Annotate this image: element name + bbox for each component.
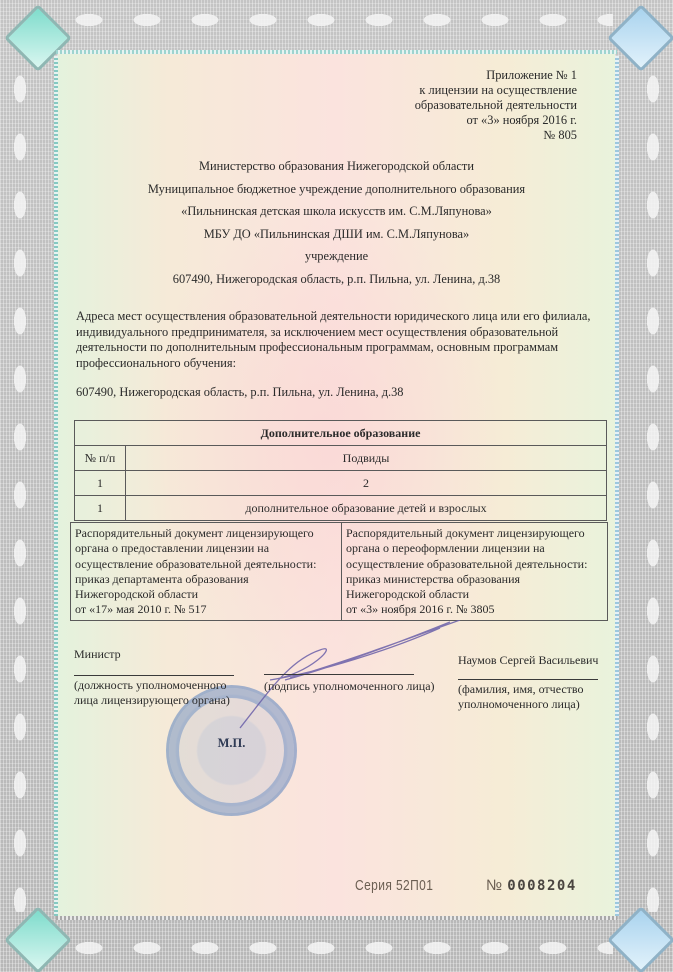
document-line: от «3» ноября 2016 г. № 3805	[346, 602, 603, 617]
number-value: 0008204	[507, 878, 577, 894]
cell-subtype: дополнительное образование детей и взрос…	[126, 496, 607, 521]
column-header-number: № п/п	[75, 446, 126, 471]
document-line: осуществление образовательной деятельнос…	[75, 557, 337, 572]
name-signature-block: Наумов Сергей Васильевич (фамилия, имя, …	[458, 653, 598, 712]
document-line: осуществление образовательной деятельнос…	[346, 557, 603, 572]
name-caption: уполномоченного лица)	[458, 697, 598, 712]
signature-line	[264, 674, 414, 675]
document-line: органа о переоформлении лицензии на	[346, 541, 603, 556]
document-line: Нижегородской области	[75, 587, 337, 602]
seal-label: М.П.	[169, 736, 294, 751]
table-row: 1 дополнительное образование детей и взр…	[75, 496, 607, 521]
signature-line	[458, 679, 598, 680]
position-signature-block: Министр (должность уполномоченного лица …	[74, 647, 234, 708]
addresses-intro-line: профессионального обучения:	[76, 356, 599, 372]
addresses-intro-line: деятельности по дополнительным профессио…	[76, 340, 599, 356]
cell-number: 1	[75, 496, 126, 521]
license-grant-document: Распорядительный документ лицензирующего…	[71, 523, 342, 621]
official-position: Министр	[74, 647, 234, 662]
document-line: приказ департамента образования	[75, 572, 337, 587]
education-table: Дополнительное образование № п/п Подвиды…	[74, 420, 607, 521]
document-line: Распорядительный документ лицензирующего	[346, 526, 603, 541]
organization-header: Министерство образования Нижегородской о…	[0, 155, 673, 290]
series-value: 52П01	[396, 877, 433, 894]
organization-short-name: МБУ ДО «Пильнинская ДШИ им. С.М.Ляпунова…	[0, 223, 673, 246]
handwritten-signature-icon	[230, 620, 490, 730]
signature-line	[74, 675, 234, 676]
organization-kind: учреждение	[0, 245, 673, 268]
organization-address: 607490, Нижегородская область, р.п. Пиль…	[0, 268, 673, 291]
addresses-intro-line: Адреса мест осуществления образовательно…	[76, 309, 599, 325]
signature-block: (подпись уполномоченного лица)	[264, 676, 435, 694]
addresses-intro-line: индивидуального предпринимателя, за искл…	[76, 325, 599, 341]
official-name: Наумов Сергей Васильевич	[458, 653, 598, 668]
document-line: приказ министерства образования	[346, 572, 603, 587]
border-rail-bottom	[56, 916, 617, 920]
number-label: №	[486, 877, 503, 894]
table-row: 1 2	[75, 471, 607, 496]
appendix-line: образовательной деятельности	[415, 98, 577, 113]
cell-subtype: 2	[126, 471, 607, 496]
education-table-title: Дополнительное образование	[75, 421, 607, 446]
organization-name: «Пильнинская детская школа искусств им. …	[0, 200, 673, 223]
document-line: от «17» мая 2010 г. № 517	[75, 602, 337, 617]
border-guilloche-top	[60, 8, 613, 32]
appendix-line: от «3» ноября 2016 г.	[415, 113, 577, 128]
document-line: Распорядительный документ лицензирующего	[75, 526, 337, 541]
appendix-line: № 805	[415, 128, 577, 143]
table-header-row: № п/п Подвиды	[75, 446, 607, 471]
form-series: Серия 52П01	[355, 877, 433, 894]
position-caption: лица лицензирующего органа)	[74, 693, 234, 708]
position-caption: (должность уполномоченного	[74, 678, 234, 693]
ministry-name: Министерство образования Нижегородской о…	[0, 155, 673, 178]
activity-address: 607490, Нижегородская область, р.п. Пиль…	[76, 385, 599, 401]
border-guilloche-bottom	[60, 936, 613, 960]
document-line: Нижегородской области	[346, 587, 603, 602]
appendix-line: Приложение № 1	[415, 68, 577, 83]
appendix-reference: Приложение № 1 к лицензии на осуществлен…	[415, 68, 577, 143]
administrative-documents-table: Распорядительный документ лицензирующего…	[70, 522, 608, 621]
name-caption: (фамилия, имя, отчество	[458, 682, 598, 697]
cell-number: 1	[75, 471, 126, 496]
appendix-line: к лицензии на осуществление	[415, 83, 577, 98]
document-line: органа о предоставлении лицензии на	[75, 541, 337, 556]
signature-caption: (подпись уполномоченного лица)	[264, 679, 435, 694]
border-rail-top	[56, 50, 617, 54]
activity-addresses: Адреса мест осуществления образовательно…	[76, 309, 599, 401]
license-reissue-document: Распорядительный документ лицензирующего…	[342, 523, 608, 621]
form-number: № 0008204	[486, 877, 577, 894]
organization-type: Муниципальное бюджетное учреждение допол…	[0, 178, 673, 201]
column-header-subtypes: Подвиды	[126, 446, 607, 471]
series-label: Серия	[355, 877, 392, 894]
